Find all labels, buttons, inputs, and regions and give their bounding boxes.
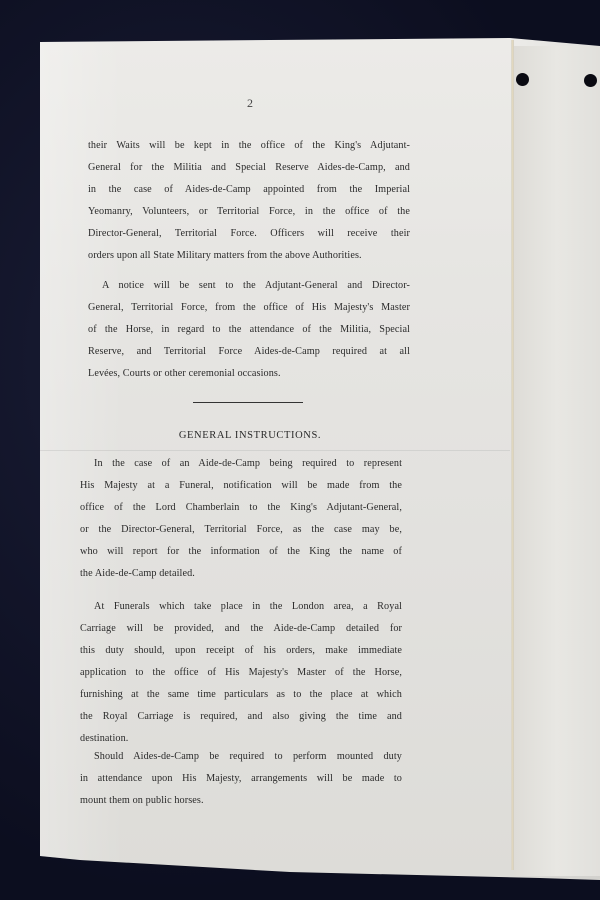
text-line: A notice will be sent to the Adjutant-Ge… bbox=[88, 275, 410, 297]
text-line: who will report for the information of t… bbox=[80, 541, 402, 563]
text-line: application to the office of His Majesty… bbox=[80, 662, 402, 684]
paragraph: At Funerals which take place in the Lond… bbox=[80, 596, 402, 750]
page-number: 2 bbox=[240, 96, 260, 111]
paragraph: A notice will be sent to the Adjutant-Ge… bbox=[88, 275, 410, 385]
text-line: the Aide-de-Camp detailed. bbox=[80, 563, 402, 585]
text-line: in the case of Aides-de-Camp appointed f… bbox=[88, 179, 410, 201]
folded-right-panel bbox=[514, 46, 600, 876]
text-line: General, Territorial Force, from the off… bbox=[88, 297, 410, 319]
text-line: General for the Militia and Special Rese… bbox=[88, 157, 410, 179]
paragraph: their Waits will be kept in the office o… bbox=[88, 135, 410, 267]
text-line: mount them on public horses. bbox=[80, 790, 402, 812]
paragraph: Should Aides-de-Camp be required to perf… bbox=[80, 746, 402, 812]
text-line: Director-General, Territorial Force. Off… bbox=[88, 223, 410, 245]
text-line: Should Aides-de-Camp be required to perf… bbox=[80, 746, 402, 768]
fold-crease bbox=[511, 40, 514, 870]
text-line: their Waits will be kept in the office o… bbox=[88, 135, 410, 157]
text-line: At Funerals which take place in the Lond… bbox=[80, 596, 402, 618]
text-line: Reserve, and Territorial Force Aides-de-… bbox=[88, 341, 410, 363]
punch-hole bbox=[584, 74, 597, 87]
text-line: the Royal Carriage is required, and also… bbox=[80, 706, 402, 728]
text-line: office of the Lord Chamberlain to the Ki… bbox=[80, 497, 402, 519]
document-photo: 2 their Waits will be kept in the office… bbox=[0, 0, 600, 900]
text-line: furnishing at the same time particulars … bbox=[80, 684, 402, 706]
text-line: or the Director-General, Territorial For… bbox=[80, 519, 402, 541]
text-line: Carriage will be provided, and the Aide-… bbox=[80, 618, 402, 640]
punch-hole bbox=[516, 73, 529, 86]
text-line: His Majesty at a Funeral, notification w… bbox=[80, 475, 402, 497]
text-line: in attendance upon His Majesty, arrangem… bbox=[80, 768, 402, 790]
paragraph: In the case of an Aide-de-Camp being req… bbox=[80, 453, 402, 585]
text-line: Levées, Courts or other ceremonial occas… bbox=[88, 363, 410, 385]
text-line: In the case of an Aide-de-Camp being req… bbox=[80, 453, 402, 475]
section-heading: GENERAL INSTRUCTIONS. bbox=[100, 430, 400, 441]
text-line: Yeomanry, Volunteers, or Territorial For… bbox=[88, 201, 410, 223]
text-line: this duty should, upon receipt of his or… bbox=[80, 640, 402, 662]
text-line: orders upon all State Military matters f… bbox=[88, 245, 410, 267]
section-divider-rule bbox=[193, 402, 303, 403]
text-line: of the Horse, in regard to the attendanc… bbox=[88, 319, 410, 341]
horizontal-crease bbox=[40, 450, 510, 451]
